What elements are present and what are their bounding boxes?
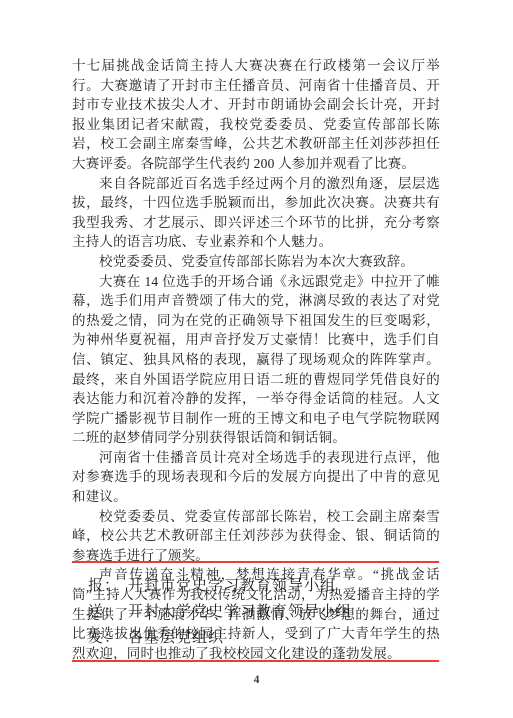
document-page: 十七届挑战金话筒主持人大赛决赛在行政楼第一会议厅举行。大赛邀请了开封市主任播音员…	[0, 0, 513, 718]
distribution-value: 开封市党史学习教育领导小组	[128, 573, 336, 599]
body-paragraph: 十七届挑战金话筒主持人大赛决赛在行政楼第一会议厅举行。大赛邀请了开封市主任播音员…	[72, 56, 440, 174]
body-paragraph: 校党委委员、党委宣传部部长陈岩为本次大赛致辞。	[72, 252, 440, 272]
distribution-row: 发： 各基层党组织	[88, 625, 439, 651]
page-number: 4	[0, 674, 513, 686]
distribution-label: 发：	[88, 625, 120, 651]
body-paragraph: 河南省十佳播音员计亮对全场选手的表现进行点评，他对参赛选手的现场表现和今后的发展…	[72, 448, 440, 507]
body-paragraph: 来自各院部近百名选手经过两个月的激烈角逐，层层选拔，最终，十四位选手脱颖而出，参…	[72, 174, 440, 252]
distribution-row: 送： 开封大学党史学习教育领导小组	[88, 599, 439, 625]
body-paragraph: 校党委委员、党委宣传部部长陈岩，校工会副主席秦雪峰，校公共艺术教研部主任刘莎莎为…	[72, 507, 440, 566]
distribution-block: 报： 开封市党史学习教育领导小组 送： 开封大学党史学习教育领导小组 发： 各基…	[72, 561, 439, 662]
distribution-row: 报： 开封市党史学习教育领导小组	[88, 573, 439, 599]
distribution-label: 送：	[88, 599, 120, 625]
body-paragraph: 大赛在 14 位选手的开场合诵《永远跟党走》中拉开了帷幕，选手们用声音赞颂了伟大…	[72, 272, 440, 448]
distribution-label: 报：	[88, 573, 120, 599]
distribution-value: 各基层党组织	[128, 625, 224, 651]
distribution-value: 开封大学党史学习教育领导小组	[128, 599, 352, 625]
